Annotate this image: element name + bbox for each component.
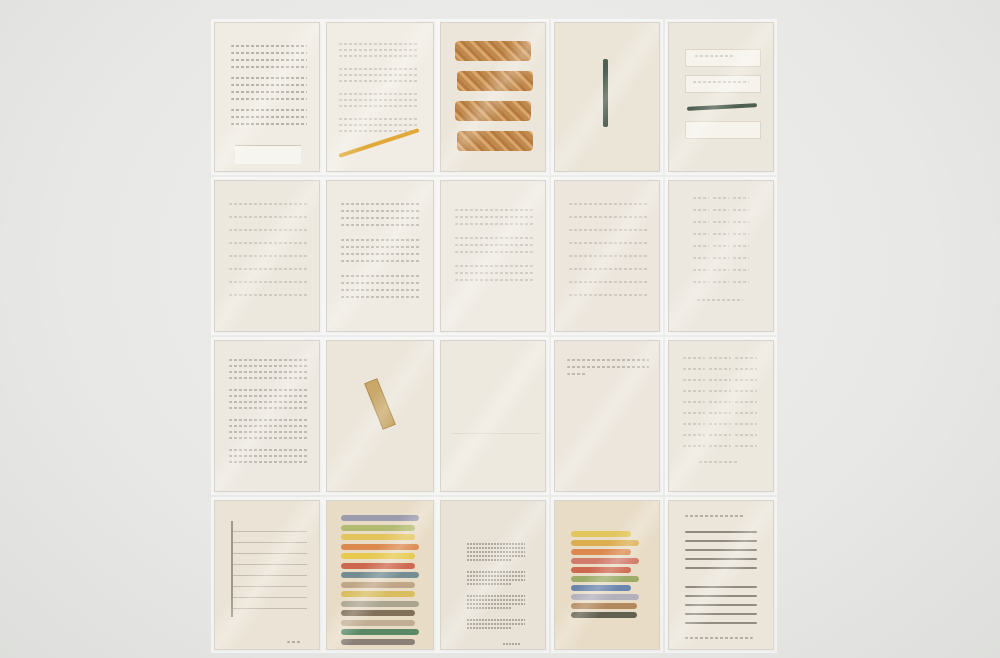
faint-handwriting-line <box>229 216 309 218</box>
colored-stripe <box>341 582 415 588</box>
handwriting-line <box>341 289 421 291</box>
handwriting-line <box>341 246 421 248</box>
handwriting-line <box>697 299 743 301</box>
handwriting-line <box>229 425 309 427</box>
faint-handwriting-line <box>339 55 419 57</box>
handwriting-mark <box>735 379 757 381</box>
handwriting-line <box>695 55 735 57</box>
handwriting-line <box>229 389 309 391</box>
handwriting-line <box>341 217 421 219</box>
handwriting-line <box>341 224 421 226</box>
colored-stripe <box>341 515 419 521</box>
handwriting-mark <box>735 434 757 436</box>
colored-stripe <box>571 603 637 609</box>
artwork-panel <box>214 340 320 492</box>
faint-handwriting-line <box>569 255 649 257</box>
handwriting-line <box>231 52 307 54</box>
handwriting-line <box>229 407 309 409</box>
handwriting-line <box>231 109 307 111</box>
colored-stripe <box>341 572 419 578</box>
handwriting-line <box>229 461 309 463</box>
faint-handwriting-line <box>229 268 309 270</box>
handwriting-line <box>567 373 587 375</box>
pencil-line <box>233 553 307 554</box>
yellow-pencil <box>338 128 419 158</box>
artwork-panel <box>214 500 320 650</box>
faint-handwriting-line <box>569 216 649 218</box>
pencil-shavings-band <box>457 131 533 151</box>
typewritten-line <box>467 547 525 549</box>
colored-stripe <box>341 591 415 597</box>
colored-stripe <box>341 544 419 550</box>
handwriting-mark <box>693 245 709 247</box>
handwriting-mark <box>683 423 705 425</box>
green-pencil <box>603 59 608 127</box>
dark-ruled-line <box>685 622 757 624</box>
handwriting-line <box>567 366 649 368</box>
typewritten-line <box>467 599 525 601</box>
faint-handwriting-line <box>339 80 419 82</box>
handwriting-line <box>231 123 307 125</box>
pencil-shavings-band <box>455 41 531 61</box>
handwriting-line <box>229 377 309 379</box>
handwriting-mark <box>693 257 709 259</box>
handwriting-line <box>229 359 309 361</box>
handwriting-mark <box>713 257 729 259</box>
artwork-panel <box>326 180 434 332</box>
colored-stripe <box>341 534 415 540</box>
handwriting-mark <box>713 245 729 247</box>
pencil-shavings-band <box>457 71 533 91</box>
handwriting-mark <box>713 269 729 271</box>
artwork-panel <box>440 22 546 172</box>
handwriting-line <box>341 239 421 241</box>
handwriting-mark <box>713 197 729 199</box>
green-pencil <box>687 103 757 111</box>
handwriting-line <box>699 461 739 463</box>
handwriting-line <box>231 91 307 93</box>
typewritten-line <box>467 571 525 573</box>
handwriting-mark <box>709 401 731 403</box>
handwriting-mark <box>693 269 709 271</box>
handwriting-mark <box>733 245 749 247</box>
handwriting-mark <box>683 445 705 447</box>
handwriting-mark <box>733 257 749 259</box>
handwriting-mark <box>693 281 709 283</box>
handwriting-mark <box>709 357 731 359</box>
handwriting-mark <box>735 390 757 392</box>
faint-handwriting-line <box>455 209 533 211</box>
handwriting-mark <box>709 445 731 447</box>
typewritten-line <box>467 623 525 625</box>
faint-handwriting-line <box>229 203 309 205</box>
handwriting-line <box>693 81 749 83</box>
pencil-line <box>233 586 307 587</box>
typewritten-line <box>467 559 511 561</box>
pencil-line <box>233 542 307 543</box>
colored-stripe <box>571 594 639 600</box>
faint-handwriting-line <box>339 130 419 132</box>
faint-handwriting-line <box>569 268 649 270</box>
handwriting-mark <box>693 221 709 223</box>
paper-strip <box>685 75 761 93</box>
handwriting-mark <box>735 412 757 414</box>
handwriting-line <box>229 455 309 457</box>
colored-stripe <box>341 610 415 616</box>
handwriting-line <box>231 66 307 68</box>
handwriting-line <box>341 282 421 284</box>
colored-stripe <box>341 629 419 635</box>
faint-handwriting-line <box>229 294 309 296</box>
colored-stripe <box>571 549 631 555</box>
faint-handwriting-line <box>569 281 649 283</box>
dark-ruled-line <box>685 586 757 588</box>
handwriting-line <box>341 296 421 298</box>
pencil-line <box>233 575 307 576</box>
handwriting-mark <box>709 390 731 392</box>
faint-handwriting-line <box>455 237 533 239</box>
dark-ruled-line <box>685 549 757 551</box>
handwriting-mark <box>683 434 705 436</box>
artwork-panel <box>440 180 546 332</box>
typewritten-line <box>467 603 525 605</box>
handwriting-line <box>341 253 421 255</box>
handwriting-line <box>341 203 421 205</box>
handwriting-line <box>685 637 753 639</box>
typewritten-line <box>467 555 525 557</box>
colored-stripe <box>341 553 415 559</box>
pencil-line <box>233 564 307 565</box>
typewritten-line <box>467 579 525 581</box>
handwriting-line <box>567 359 649 361</box>
handwriting-mark <box>693 197 709 199</box>
handwriting-mark <box>713 233 729 235</box>
faint-handwriting-line <box>569 294 649 296</box>
paper-strip <box>685 49 761 67</box>
colored-stripe <box>571 540 639 546</box>
faint-handwriting-line <box>339 49 419 51</box>
handwriting-mark <box>733 209 749 211</box>
artwork-panel <box>440 500 546 650</box>
handwriting-line <box>229 449 309 451</box>
handwriting-line <box>229 419 309 421</box>
artwork-panel <box>668 180 774 332</box>
handwriting-line <box>229 365 309 367</box>
handwriting-mark <box>713 209 729 211</box>
faint-handwriting-line <box>339 43 419 45</box>
handwriting-line <box>341 260 421 262</box>
handwriting-mark <box>709 368 731 370</box>
handwriting-line <box>229 371 309 373</box>
typewritten-line <box>467 619 525 621</box>
typewritten-line <box>467 551 525 553</box>
dark-ruled-line <box>685 567 757 569</box>
colored-stripe <box>571 531 631 537</box>
faint-handwriting-line <box>339 93 419 95</box>
handwriting-mark <box>733 233 749 235</box>
artwork-panel <box>326 500 434 650</box>
handwriting-mark <box>683 401 705 403</box>
artwork-panel <box>554 22 660 172</box>
handwriting-mark <box>733 221 749 223</box>
faint-handwriting-line <box>339 105 419 107</box>
handwriting-line <box>229 401 309 403</box>
pencil-shavings-band <box>455 101 531 121</box>
typewritten-line <box>467 543 525 545</box>
handwriting-line <box>341 210 421 212</box>
handwriting-line <box>231 84 307 86</box>
handwriting-mark <box>709 434 731 436</box>
handwriting-mark <box>683 379 705 381</box>
faint-handwriting-line <box>455 279 533 281</box>
colored-stripe <box>571 585 631 591</box>
handwriting-line <box>231 45 307 47</box>
faint-handwriting-line <box>455 244 533 246</box>
colored-stripe <box>341 563 415 569</box>
faint-handwriting-line <box>455 223 533 225</box>
faint-handwriting-line <box>569 203 649 205</box>
typewritten-signature <box>503 643 521 645</box>
artwork-panel <box>326 22 434 172</box>
faint-handwriting-line <box>455 265 533 267</box>
handwriting-line <box>229 437 309 439</box>
typewritten-line <box>467 583 511 585</box>
colored-stripe <box>571 612 637 618</box>
dark-ruled-line <box>685 604 757 606</box>
faint-handwriting-line <box>229 242 309 244</box>
faint-handwriting-line <box>339 118 419 120</box>
handwriting-mark <box>683 357 705 359</box>
handwriting-line <box>231 98 307 100</box>
handwriting-mark <box>735 423 757 425</box>
colored-stripe <box>571 567 631 573</box>
artwork-panel <box>326 340 434 492</box>
typewritten-line <box>467 575 525 577</box>
handwriting-mark <box>713 281 729 283</box>
artwork-panel <box>554 500 660 650</box>
handwriting-mark <box>733 269 749 271</box>
colored-stripe <box>571 576 639 582</box>
artwork-panel <box>668 500 774 650</box>
faint-handwriting-line <box>229 229 309 231</box>
faint-handwriting-line <box>569 229 649 231</box>
dark-ruled-line <box>685 613 757 615</box>
paper-strip <box>685 121 761 139</box>
handwriting-mark <box>733 197 749 199</box>
colored-stripe <box>341 639 415 645</box>
faint-handwriting-line <box>455 251 533 253</box>
handwriting-line <box>685 515 745 517</box>
pencil-line <box>233 531 307 532</box>
dark-ruled-line <box>685 595 757 597</box>
handwriting-mark <box>735 357 757 359</box>
artwork-panel <box>554 340 660 492</box>
faint-handwriting-line <box>339 74 419 76</box>
typewritten-line <box>467 607 511 609</box>
handwriting-mark <box>693 233 709 235</box>
handwriting-line <box>231 116 307 118</box>
dark-ruled-line <box>685 540 757 542</box>
faint-handwriting-line <box>339 124 419 126</box>
pencil-line <box>233 608 307 609</box>
handwriting-mark <box>683 412 705 414</box>
pencil-vertical-line <box>231 521 233 617</box>
faint-handwriting-line <box>339 68 419 70</box>
pencil-line <box>233 597 307 598</box>
handwriting-line <box>229 395 309 397</box>
artwork-panel <box>554 180 660 332</box>
handwriting-mark <box>713 221 729 223</box>
colored-stripe <box>341 620 415 626</box>
artwork-panel <box>668 22 774 172</box>
handwriting-mark <box>709 423 731 425</box>
handwriting-mark <box>735 368 757 370</box>
handwriting-mark <box>683 368 705 370</box>
handwriting-line <box>341 275 421 277</box>
handwriting-mark <box>683 390 705 392</box>
dark-ruled-line <box>685 558 757 560</box>
handwriting-mark <box>709 412 731 414</box>
signature <box>287 641 301 643</box>
faint-handwriting-line <box>455 216 533 218</box>
handwriting-mark <box>735 445 757 447</box>
handwriting-mark <box>709 379 731 381</box>
handwriting-line <box>231 59 307 61</box>
artwork-panel <box>214 180 320 332</box>
dark-ruled-line <box>685 531 757 533</box>
faint-handwriting-line <box>569 242 649 244</box>
artwork-panel <box>214 22 320 172</box>
artwork-panel <box>440 340 546 492</box>
faint-handwriting-line <box>339 99 419 101</box>
handwriting-mark <box>693 209 709 211</box>
faint-handwriting-line <box>229 255 309 257</box>
handwriting-mark <box>735 401 757 403</box>
paper-strip <box>235 145 301 164</box>
faint-handwriting-line <box>229 281 309 283</box>
handwriting-line <box>229 431 309 433</box>
artwork-panel <box>668 340 774 492</box>
handwriting-line <box>231 77 307 79</box>
colored-stripe <box>341 525 415 531</box>
typewritten-line <box>467 627 511 629</box>
handwriting-mark <box>733 281 749 283</box>
crease <box>451 433 541 434</box>
colored-stripe <box>571 558 639 564</box>
faint-handwriting-line <box>455 272 533 274</box>
typewritten-line <box>467 595 525 597</box>
taped-label <box>364 378 396 430</box>
colored-stripe <box>341 601 419 607</box>
